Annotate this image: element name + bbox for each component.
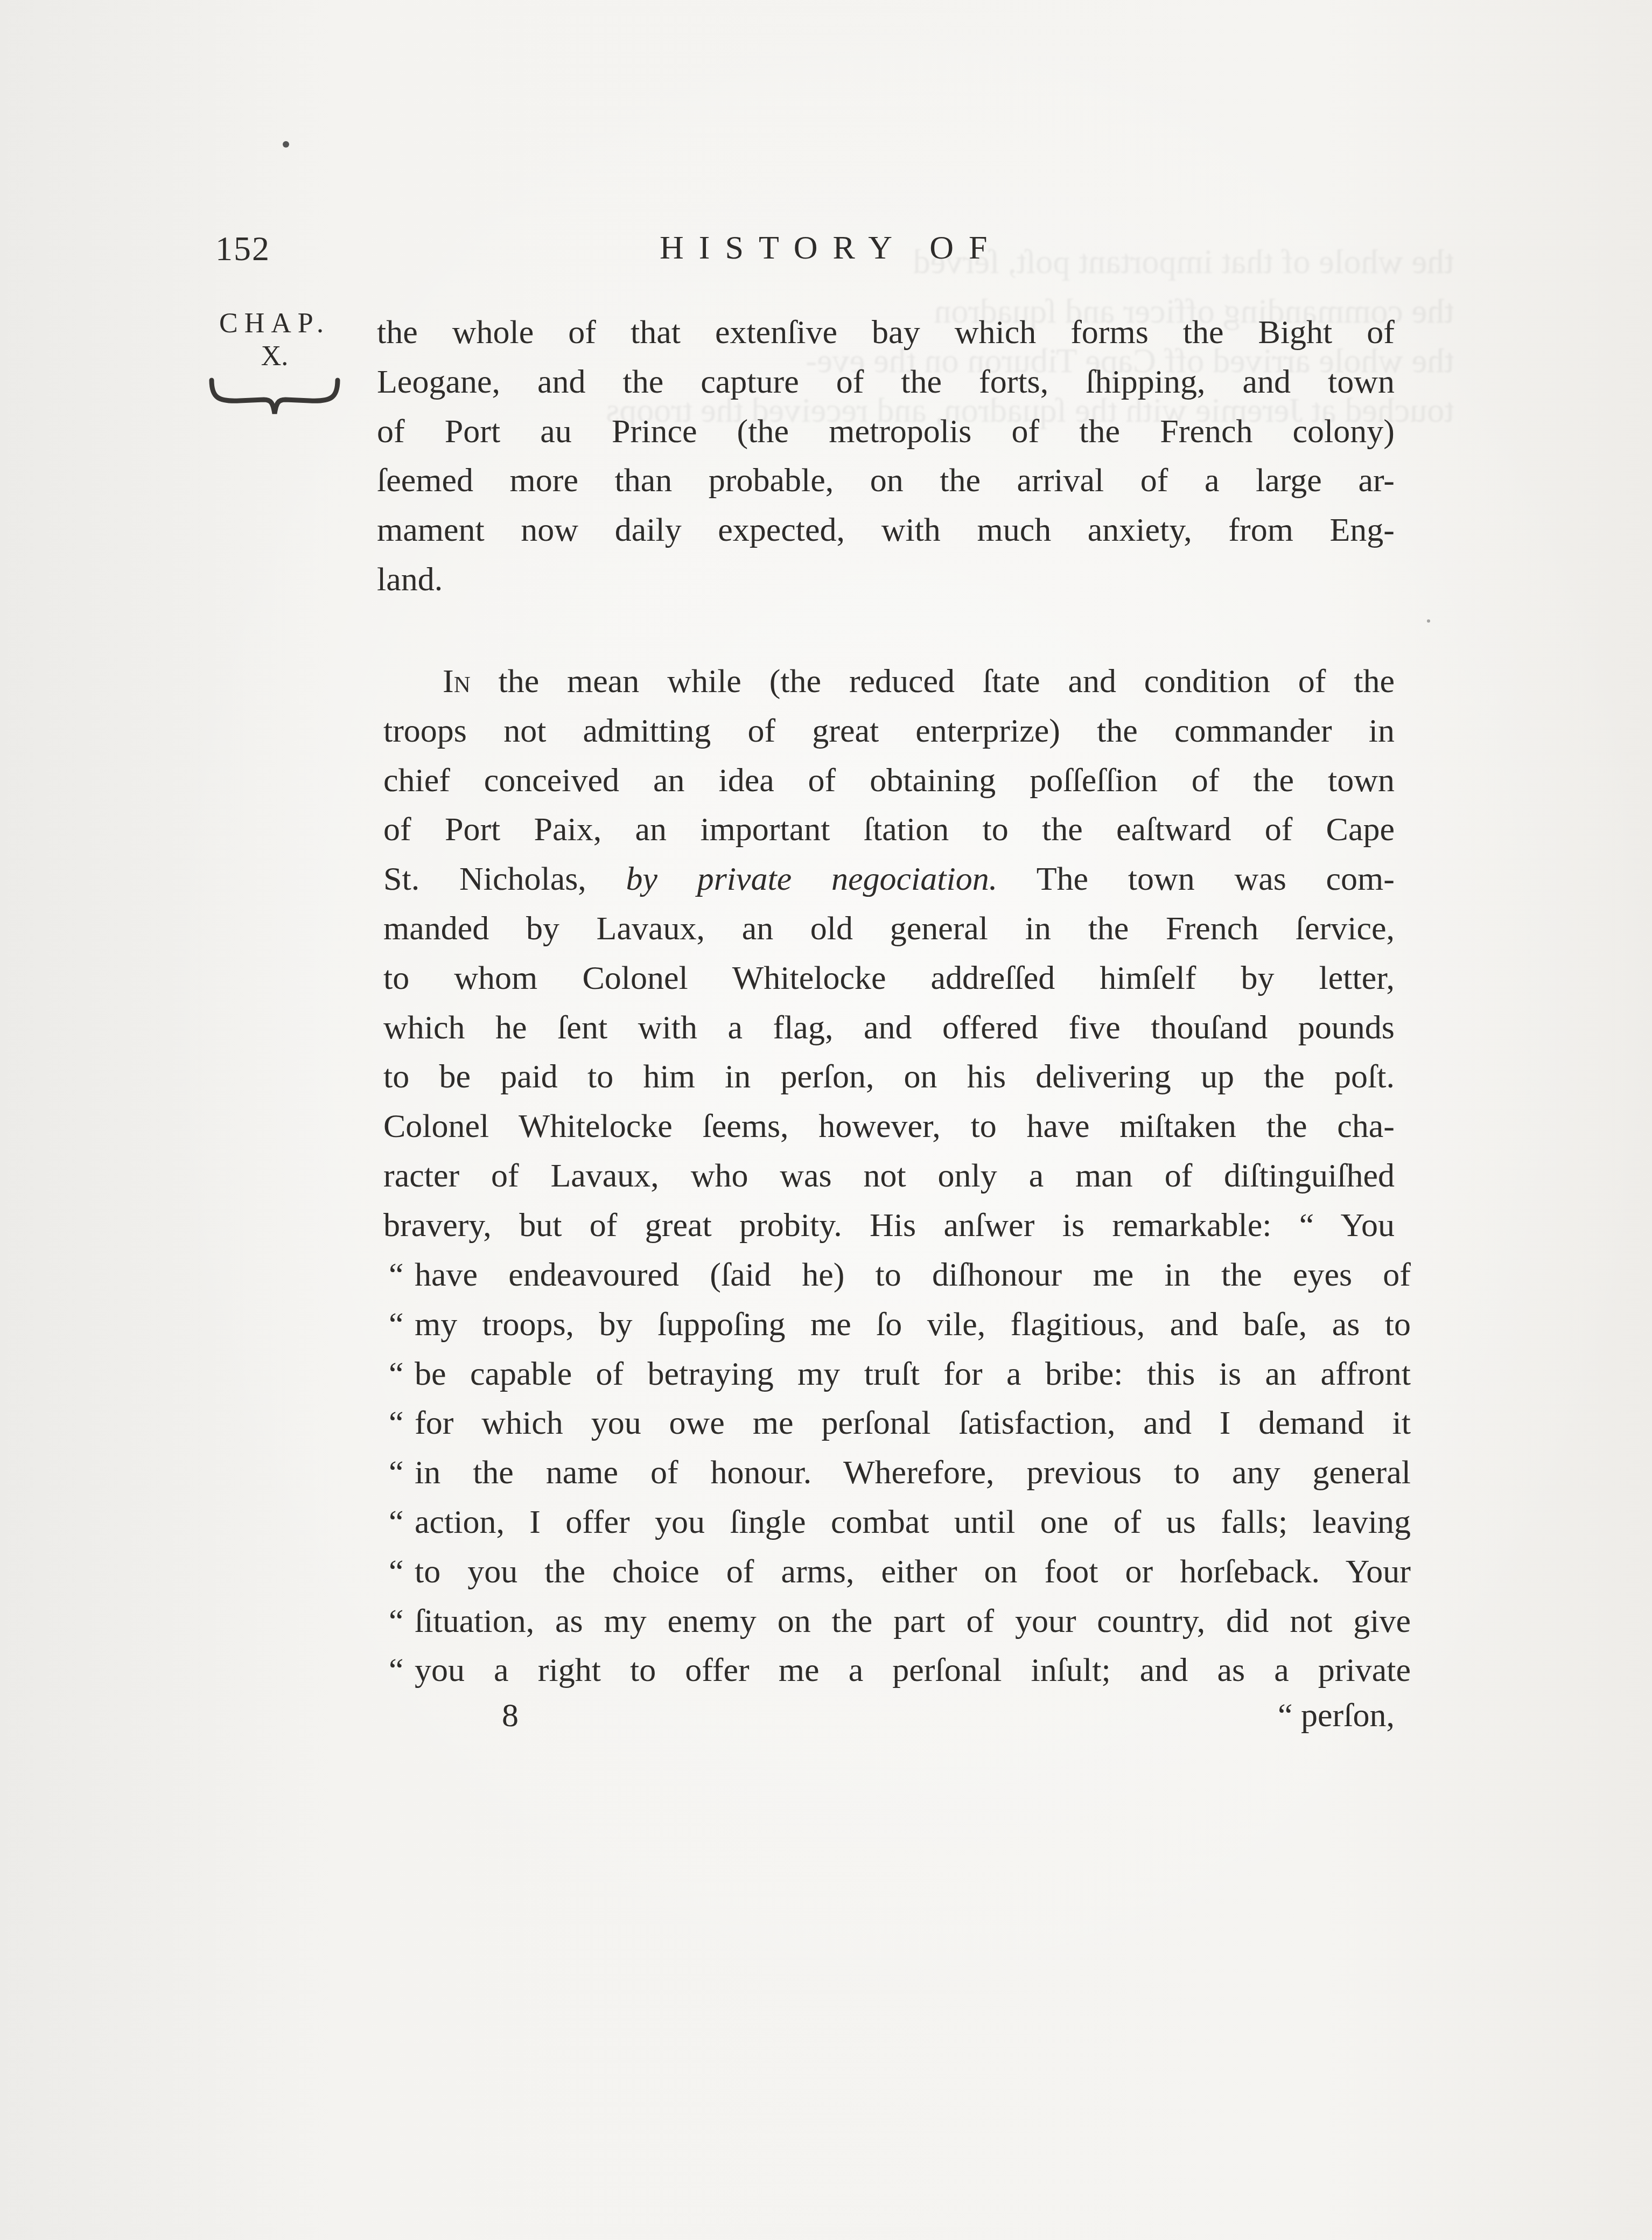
quote-line: “for which you owe me perſonal ſatisfact…: [389, 1399, 1411, 1448]
quote-line: “be capable of betraying my truſt for a …: [389, 1350, 1411, 1399]
quote-mark: “: [389, 1498, 415, 1547]
text-line: ſeemed more than probable, on the arriva…: [377, 456, 1395, 506]
text-line: Colonel Whitelocke ſeems, however, to ha…: [383, 1102, 1395, 1152]
page-number: 152: [215, 229, 270, 269]
text-line: manded by Lavaux, an old general in the …: [383, 904, 1395, 954]
chapter-number: X.: [205, 340, 345, 373]
quote-mark: “: [389, 1597, 415, 1646]
curly-brace-icon: [207, 376, 342, 419]
quote-mark: “: [389, 1350, 415, 1399]
text-line: chief conceived an idea of obtaining poſ…: [383, 756, 1395, 806]
chapter-label: CHAP.: [205, 307, 345, 340]
signature-mark: 8: [502, 1697, 519, 1735]
running-title: HISTORY OF: [660, 229, 1003, 267]
quote-line: “ſituation, as my enemy on the part of y…: [389, 1597, 1411, 1646]
ink-speck: [1427, 619, 1430, 623]
quote-line: “you a right to offer me a perſonal inſu…: [389, 1646, 1411, 1695]
quote-line: “have endeavoured (ſaid he) to diſhonour…: [389, 1251, 1411, 1300]
quote-mark: “: [389, 1547, 415, 1597]
text-line: bravery, but of great probity. His anſwe…: [383, 1201, 1395, 1251]
quote-line: “in the name of honour. Wherefore, previ…: [389, 1448, 1411, 1498]
text-line: to be paid to him in perſon, on his deli…: [383, 1052, 1395, 1102]
text-line: land.: [377, 555, 1395, 605]
text-line: the whole of that extenſive bay which fo…: [377, 308, 1395, 358]
paragraph-1: the whole of that extenſive bay which fo…: [377, 308, 1395, 605]
page-footer: 8 “ perſon,: [377, 1697, 1395, 1746]
text-line: of Port Paix, an important ſtation to th…: [383, 805, 1395, 855]
quote-mark: “: [389, 1300, 415, 1350]
text-line: troops not admitting of great enterprize…: [383, 707, 1395, 756]
ink-speck: [283, 141, 289, 148]
small-caps-lead: In: [443, 663, 471, 700]
quote-mark: “: [389, 1448, 415, 1498]
text-line: to whom Colonel Whitelocke addreſſed him…: [383, 954, 1395, 1003]
text-line: In the mean while (the reduced ſtate and…: [383, 657, 1395, 707]
text-line: which he ſent with a flag, and offered f…: [383, 1003, 1395, 1053]
quotation-block: “have endeavoured (ſaid he) to diſhonour…: [389, 1251, 1411, 1695]
catchword: “ perſon,: [1278, 1697, 1395, 1735]
text-line: of Port au Prince (the metropolis of the…: [377, 407, 1395, 457]
quote-mark: “: [389, 1646, 415, 1695]
text-line: mament now daily expected, with much anx…: [377, 506, 1395, 555]
chapter-margin-note: CHAP. X.: [205, 307, 345, 419]
italic-phrase: by private negociation.: [626, 861, 997, 897]
quote-mark: “: [389, 1399, 415, 1448]
quote-mark: “: [389, 1251, 415, 1300]
running-head: 152 HISTORY OF: [0, 229, 1652, 272]
paragraph-2: In the mean while (the reduced ſtate and…: [383, 657, 1395, 1251]
quote-line: “my troops, by ſuppoſing me ſo vile, fla…: [389, 1300, 1411, 1350]
text-line: St. Nicholas, by private negociation. Th…: [383, 855, 1395, 904]
text-line: racter of Lavaux, who was not only a man…: [383, 1152, 1395, 1201]
text-line: Leogane, and the capture of the forts, ſ…: [377, 358, 1395, 407]
quote-line: “to you the choice of arms, either on fo…: [389, 1547, 1411, 1597]
quote-line: “action, I offer you ſingle combat until…: [389, 1498, 1411, 1547]
